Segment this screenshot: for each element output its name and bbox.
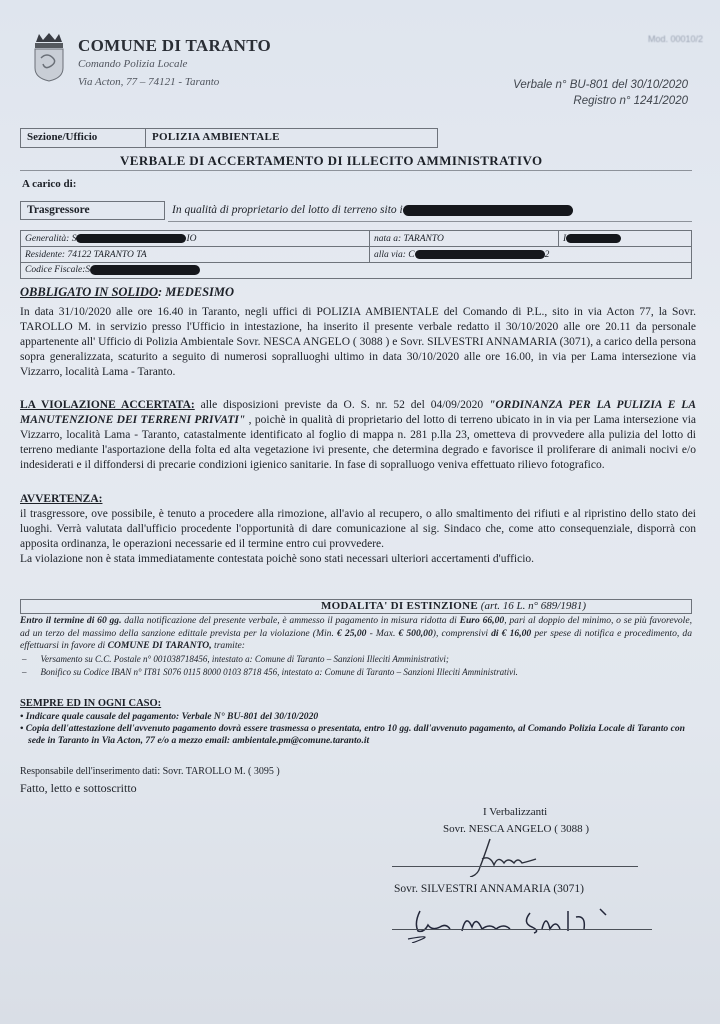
redacted-block (90, 265, 200, 275)
signatories-heading: I Verbalizzanti (483, 806, 547, 818)
officer-2-name: Sovr. SILVESTRI ANNAMARIA (3071) (394, 883, 584, 895)
always-list: • Indicare quale causale del pagamento: … (20, 711, 700, 747)
iban-method: Bonifico su Codice IBAN n° IT81 S076 011… (41, 666, 518, 679)
document-title: VERBALE DI ACCERTAMENTO DI ILLECITO AMMI… (120, 153, 542, 169)
department-name: Comando Polizia Locale (78, 58, 187, 70)
street-label: alla via: C (374, 250, 415, 260)
violation-intro: alle disposizioni previste da O. S. nr. … (195, 399, 489, 411)
personal-details-table: Generalità: SIO nata a: TARANTO I Reside… (20, 230, 692, 279)
generalita-tail: IO (186, 234, 196, 244)
text: tramite: (212, 640, 245, 651)
list-item: –Versamento su C.C. Postale n° 001038718… (22, 653, 518, 666)
table-row: Generalità: SIO nata a: TARANTO I (21, 231, 692, 247)
department-address: Via Acton, 77 – 74121 - Taranto (78, 76, 219, 88)
generalita-label: Generalità: S (25, 234, 76, 244)
signature-line (392, 929, 652, 930)
max-amount: € 500,00 (398, 628, 432, 639)
tax-code-cell: Codice Fiscale:S (21, 263, 692, 279)
text: - Max. (366, 628, 398, 639)
min-amount: € 25,00 (337, 628, 367, 639)
charged-to-label: A carico di: (22, 178, 76, 190)
dash-icon: – (22, 653, 27, 666)
signature-line (392, 866, 638, 867)
extinction-paragraph: Entro il termine di 60 gg. dalla notific… (20, 615, 692, 653)
warning-body: il trasgressore, ove possibile, è tenuto… (20, 507, 696, 552)
redacted-block (403, 205, 573, 216)
offender-description: In qualità di proprietario del lotto di … (172, 204, 573, 216)
section-value: POLIZIA AMBIENTALE (146, 129, 280, 147)
extinction-heading: MODALITA' DI ESTINZIONE (321, 600, 478, 612)
section-label: Sezione/Ufficio (21, 129, 146, 147)
postal-account-method: Versamento su C.C. Postale n° 0010387184… (41, 653, 449, 666)
offender-label: Trasgressore (20, 201, 165, 220)
closing-statement: Fatto, letto e sottoscritto (20, 781, 137, 796)
table-row: Codice Fiscale:S (21, 263, 692, 279)
residence-cell: Residente: 74122 TARANTO TA (21, 247, 370, 263)
extinction-heading-box: MODALITA' DI ESTINZIONE (art. 16 L. n° 6… (20, 599, 692, 614)
jointly-liable-label: OBBLIGATO IN SOLIDO (20, 285, 158, 299)
coat-of-arms-icon (33, 32, 65, 82)
tax-code-label: Codice Fiscale:S (25, 266, 90, 276)
reduced-amount: Euro 66,00 (460, 615, 505, 626)
redacted-block (415, 250, 545, 259)
street-cell: alla via: C2 (370, 247, 692, 263)
signature-2 (400, 903, 640, 948)
fee-amount: di € 16,00 (491, 628, 531, 639)
payment-term: Entro il termine di 60 gg. (20, 615, 122, 626)
birthdate-cell: I (559, 231, 692, 247)
divider (168, 221, 692, 222)
warning-section: AVVERTENZA: il trasgressore, ove possibi… (20, 492, 696, 567)
warning-heading: AVVERTENZA: (20, 492, 696, 507)
violation-section: LA VIOLAZIONE ACCERTATA: alle disposizio… (20, 398, 696, 473)
verbale-number: Verbale n° BU-801 del 30/10/2020 (513, 79, 688, 91)
dash-icon: – (22, 666, 27, 679)
table-row: Residente: 74122 TARANTO TA alla via: C2 (21, 247, 692, 263)
warning-note: La violazione non è stata immediatamente… (20, 552, 696, 567)
list-item: • Copia dell'attestazione dell'avvenuto … (20, 723, 700, 747)
signature-1 (460, 837, 580, 882)
beneficiary: COMUNE DI TARANTO, (108, 640, 212, 651)
redacted-block (76, 234, 186, 243)
section-office-box: Sezione/Ufficio POLIZIA AMBIENTALE (20, 128, 438, 148)
offender-description-text: In qualità di proprietario del lotto di … (172, 204, 403, 216)
extinction-law-ref: (art. 16 L. n° 689/1981) (478, 600, 586, 612)
data-entry-responsible: Responsabile dell'inserimento dati: Sovr… (20, 766, 280, 777)
generalita-cell: Generalità: SIO (21, 231, 370, 247)
birthplace-cell: nata a: TARANTO (370, 231, 559, 247)
form-code: Mod. 00010/2 (648, 34, 703, 44)
payment-methods-list: –Versamento su C.C. Postale n° 001038718… (22, 653, 518, 679)
officer-1-name: Sovr. NESCA ANGELO ( 3088 ) (443, 823, 589, 835)
violation-heading: LA VIOLAZIONE ACCERTATA: (20, 399, 195, 411)
list-item: • Indicare quale causale del pagamento: … (20, 711, 700, 723)
list-item: –Bonifico su Codice IBAN n° IT81 S076 01… (22, 666, 518, 679)
municipality-title: COMUNE DI TARANTO (78, 36, 271, 56)
jointly-liable-value: : MEDESIMO (158, 285, 234, 299)
registro-number: Registro n° 1241/2020 (573, 95, 688, 107)
always-heading: SEMPRE ED IN OGNI CASO: (20, 698, 161, 709)
text: dalla notificazione del presente verbale… (122, 615, 460, 626)
street-tail: 2 (545, 250, 550, 260)
text: ), comprensivi (433, 628, 491, 639)
jointly-liable: OBBLIGATO IN SOLIDO: MEDESIMO (20, 285, 234, 300)
redacted-block (566, 234, 621, 243)
report-paragraph: In data 31/10/2020 alle ore 16.40 in Tar… (20, 305, 696, 380)
divider (20, 170, 692, 171)
